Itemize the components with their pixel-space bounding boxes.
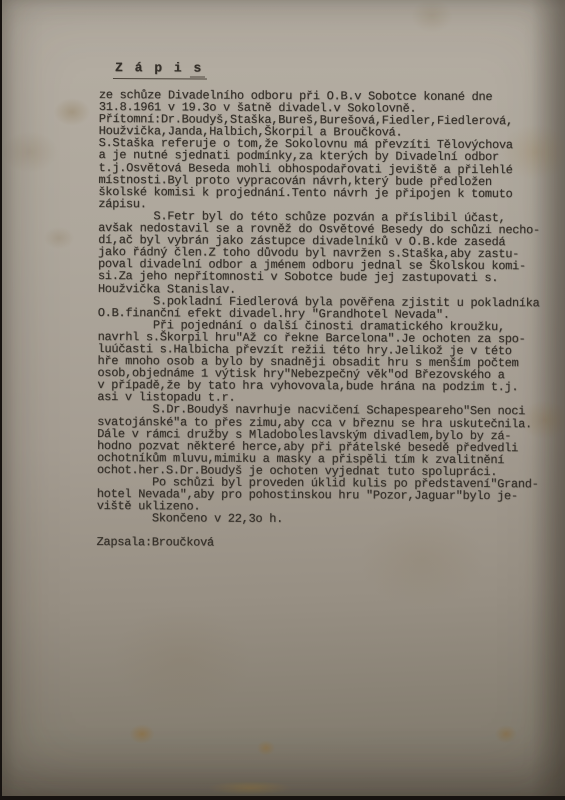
title-underline-dash xyxy=(190,76,205,77)
page-content: Z á p i s ze schůze Divadelního odboru p… xyxy=(2,0,565,2)
text-line: Zapsala:Broučková xyxy=(96,536,556,551)
text-line: školské komisi k projednání.Tento návrh … xyxy=(98,186,558,201)
scanned-page: Z á p i s ze schůze Divadelního odboru p… xyxy=(2,0,565,796)
document-lines: ze schůze Divadelního odboru při O.B.v S… xyxy=(96,89,558,551)
scan-background: Z á p i s ze schůze Divadelního odboru p… xyxy=(0,0,565,800)
